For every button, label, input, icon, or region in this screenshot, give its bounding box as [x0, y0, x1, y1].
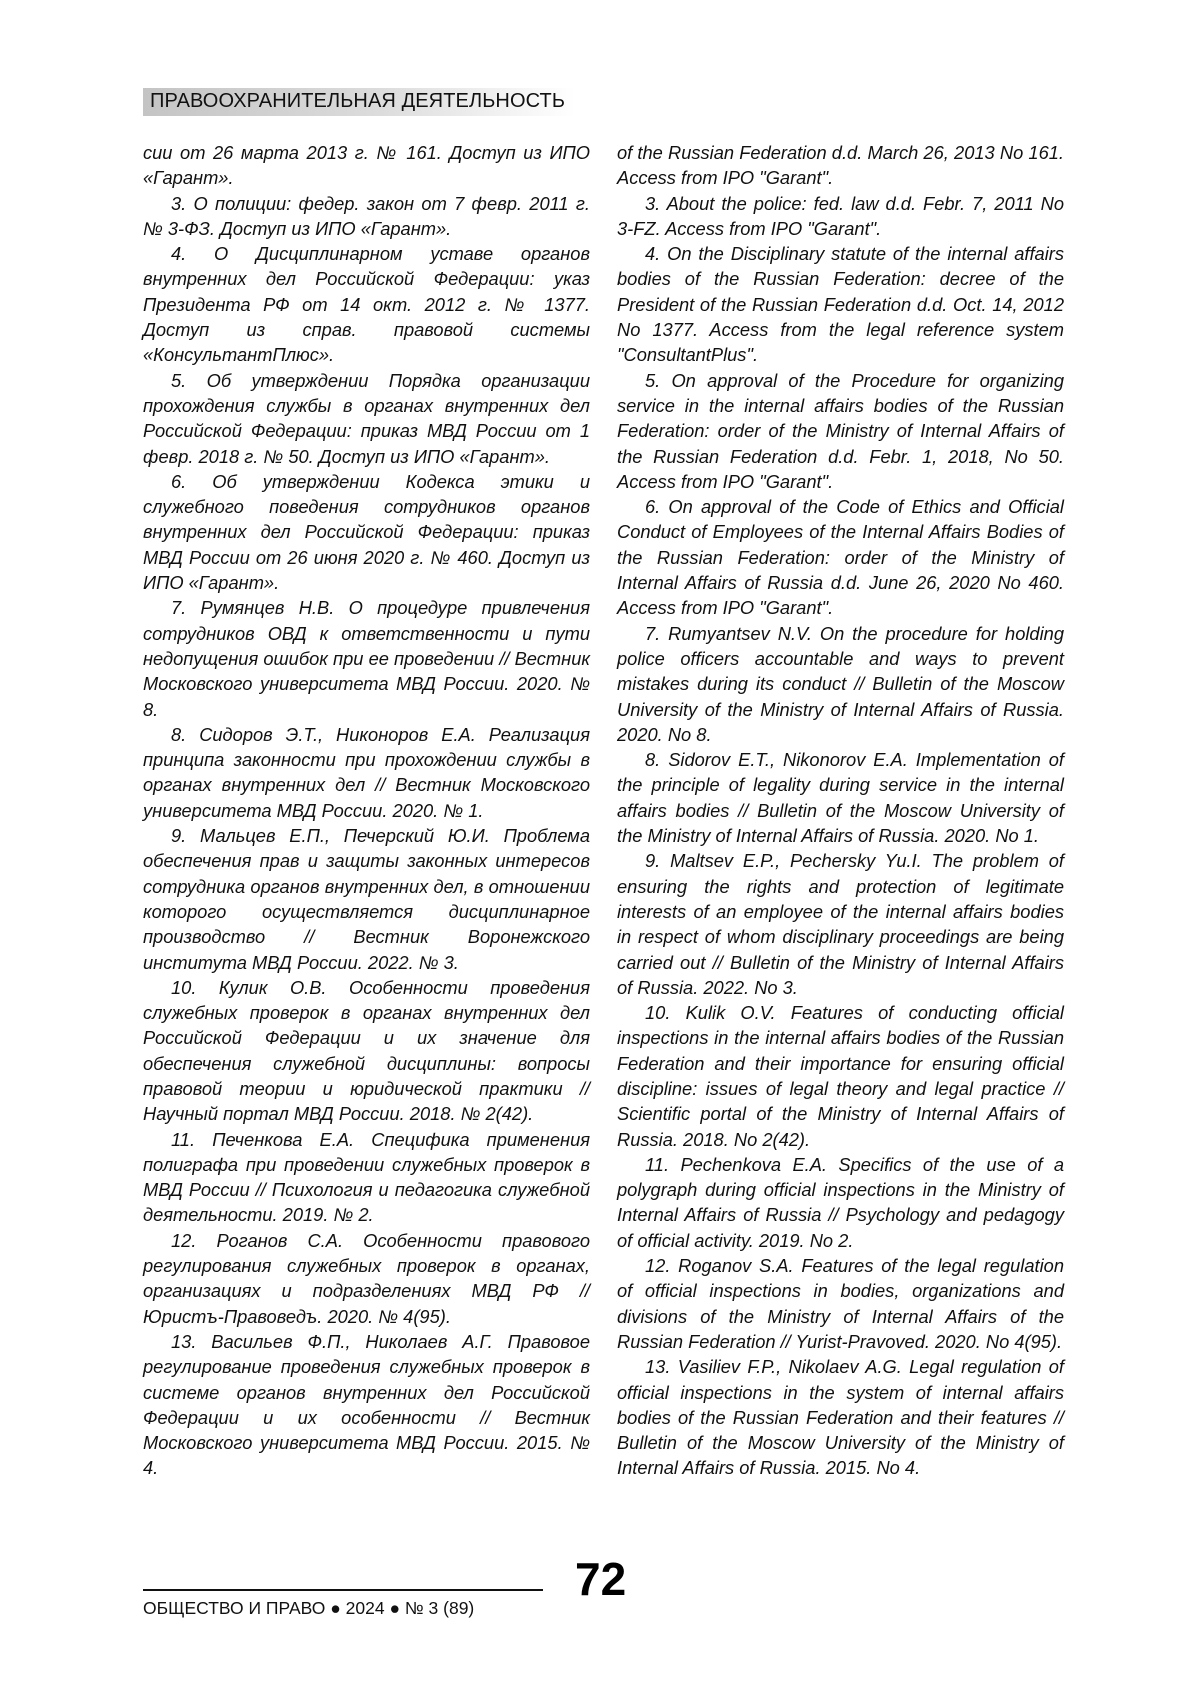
journal-info: ОБЩЕСТВО И ПРАВО ● 2024 ● № 3 (89) — [143, 1598, 474, 1619]
reference-continuation: of the Russian Federation d.d. March 26,… — [617, 140, 1064, 191]
reference-item: 6. On approval of the Code of Ethics and… — [617, 494, 1064, 620]
reference-item: 11. Pechenkova E.A. Specifics of the use… — [617, 1152, 1064, 1253]
reference-item: 5. On approval of the Procedure for orga… — [617, 368, 1064, 494]
reference-item: 10. Кулик О.В. Особенности проведения сл… — [143, 975, 590, 1127]
references-russian-column: сии от 26 марта 2013 г. № 161. Доступ из… — [143, 140, 590, 1481]
reference-item: 13. Vasiliev F.P., Nikolaev A.G. Legal r… — [617, 1354, 1064, 1480]
reference-item: 11. Печенкова Е.А. Специфика применения … — [143, 1127, 590, 1228]
reference-item: 8. Sidorov E.T., Nikonorov E.A. Implemen… — [617, 747, 1064, 848]
footer-divider — [143, 1589, 543, 1591]
reference-item: 4. On the Disciplinary statute of the in… — [617, 241, 1064, 367]
reference-item: 13. Васильев Ф.П., Николаев А.Г. Правово… — [143, 1329, 590, 1481]
reference-continuation: сии от 26 марта 2013 г. № 161. Доступ из… — [143, 140, 590, 191]
page-number: 72 — [575, 1552, 626, 1606]
reference-item: 7. Румянцев Н.В. О процедуре привлечения… — [143, 595, 590, 721]
reference-item: 6. Об утверждении Кодекса этики и служеб… — [143, 469, 590, 595]
reference-item: 12. Roganov S.A. Features of the legal r… — [617, 1253, 1064, 1354]
reference-item: 8. Сидоров Э.Т., Никоноров Е.А. Реализац… — [143, 722, 590, 823]
reference-item: 3. About the police: fed. law d.d. Febr.… — [617, 191, 1064, 242]
section-title: ПРАВООХРАНИТЕЛЬНАЯ ДЕЯТЕЛЬНОСТЬ — [150, 90, 565, 113]
reference-item: 9. Maltsev E.P., Pechersky Yu.I. The pro… — [617, 848, 1064, 1000]
reference-item: 7. Rumyantsev N.V. On the procedure for … — [617, 621, 1064, 747]
reference-item: 10. Kulik O.V. Features of conducting of… — [617, 1000, 1064, 1152]
reference-item: 9. Мальцев Е.П., Печерский Ю.И. Проблема… — [143, 823, 590, 975]
reference-item: 3. О полиции: федер. закон от 7 февр. 20… — [143, 191, 590, 242]
reference-item: 5. Об утверждении Порядка организации пр… — [143, 368, 590, 469]
references-english-column: of the Russian Federation d.d. March 26,… — [617, 140, 1064, 1481]
reference-item: 12. Роганов С.А. Особенности правового р… — [143, 1228, 590, 1329]
reference-item: 4. О Дисциплинарном уставе органов внутр… — [143, 241, 590, 367]
